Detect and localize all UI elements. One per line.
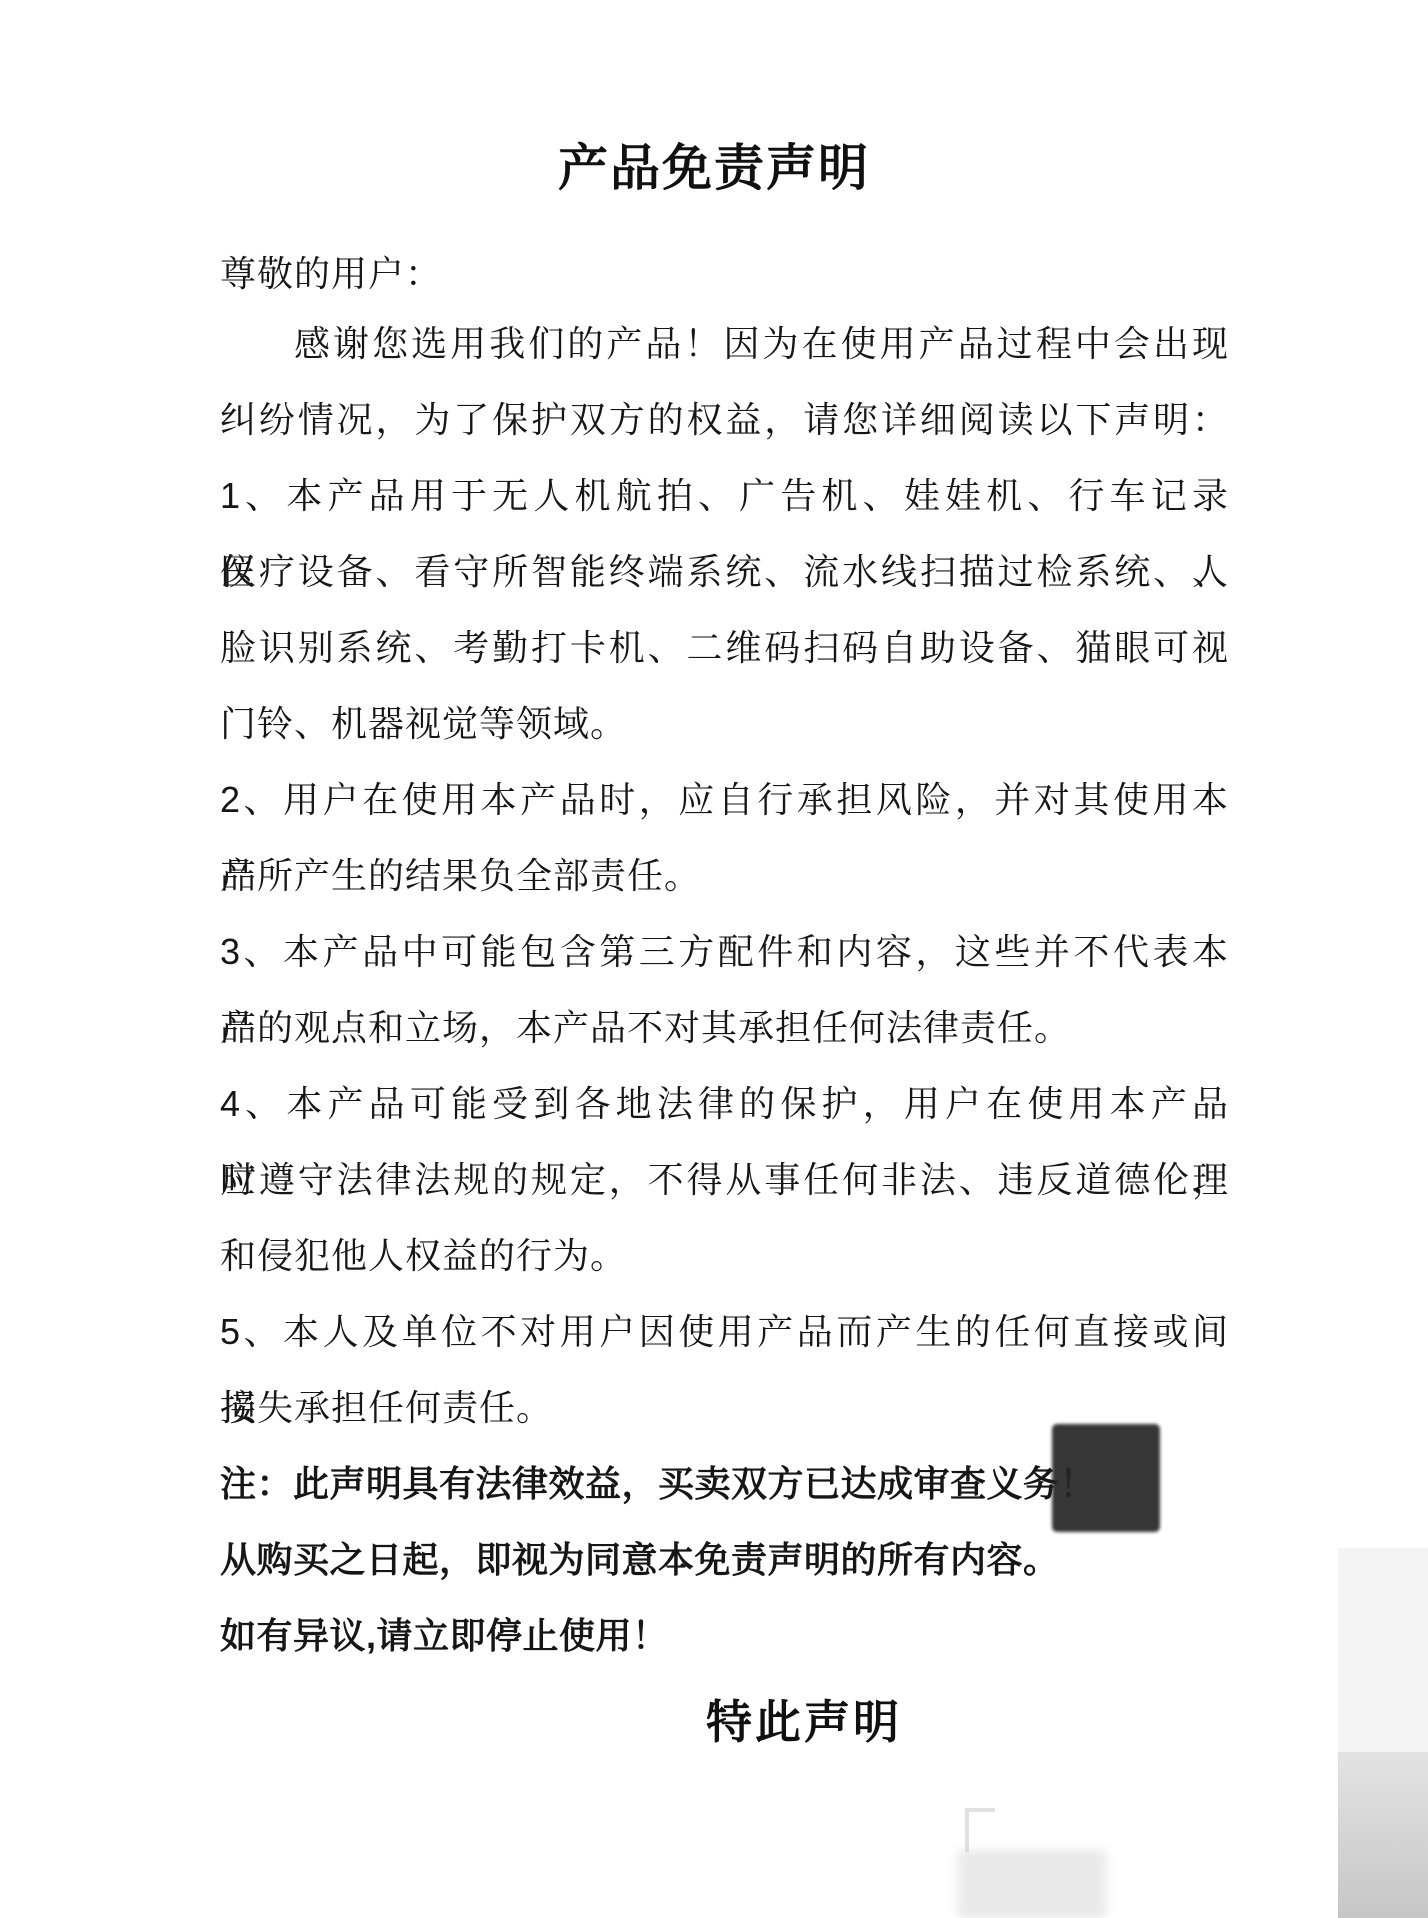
body-line: 1、本产品用于无人机航拍、广告机、娃娃机、行车记录仪、 — [220, 458, 1230, 534]
note-line: 从购买之日起，即视为同意本免责声明的所有内容。 — [220, 1522, 1230, 1598]
document-body: 感谢您选用我们的产品！因为在使用产品过程中会出现 纠纷情况，为了保护双方的权益，… — [220, 306, 1230, 1674]
body-line: 品的观点和立场，本产品不对其承担任何法律责任。 — [220, 990, 1230, 1066]
body-line: 5、本人及单位不对用户因使用产品而产生的任何直接或间接 — [220, 1294, 1230, 1370]
body-line: 门铃、机器视觉等领域。 — [220, 686, 1230, 762]
scan-artifact-blob — [958, 1850, 1106, 1918]
closing-statement: 特此声明 — [0, 1686, 1428, 1752]
body-line: 损失承担任何责任。 — [220, 1370, 1230, 1446]
body-line: 4、本产品可能受到各地法律的保护，用户在使用本产品时， — [220, 1066, 1230, 1142]
body-line: 3、本产品中可能包含第三方配件和内容，这些并不代表本产 — [220, 914, 1230, 990]
scan-artifact-strip — [1338, 1752, 1428, 1918]
body-line: 脸识别系统、考勤打卡机、二维码扫码自助设备、猫眼可视 — [220, 610, 1230, 686]
body-line: 2、用户在使用本产品时，应自行承担风险，并对其使用本产 — [220, 762, 1230, 838]
note-line: 如有异议,请立即停止使用！ — [220, 1598, 1230, 1674]
body-line: 应遵守法律法规的规定，不得从事任何非法、违反道德伦理 — [220, 1142, 1230, 1218]
disclaimer-document: 产品免责声明 尊敬的用户： 感谢您选用我们的产品！因为在使用产品过程中会出现 纠… — [0, 0, 1428, 1918]
body-line: 品所产生的结果负全部责任。 — [220, 838, 1230, 914]
ghost-glyph-artifact — [965, 1808, 995, 1852]
body-line: 感谢您选用我们的产品！因为在使用产品过程中会出现 — [220, 306, 1230, 382]
body-line: 纠纷情况，为了保护双方的权益，请您详细阅读以下声明： — [220, 382, 1230, 458]
document-title: 产品免责声明 — [0, 128, 1428, 200]
body-line: 医疗设备、看守所智能终端系统、流水线扫描过检系统、人 — [220, 534, 1230, 610]
greeting-line: 尊敬的用户： — [220, 246, 442, 297]
note-line: 注：此声明具有法律效益，买卖双方已达成审查义务！ — [220, 1446, 1230, 1522]
body-line: 和侵犯他人权益的行为。 — [220, 1218, 1230, 1294]
